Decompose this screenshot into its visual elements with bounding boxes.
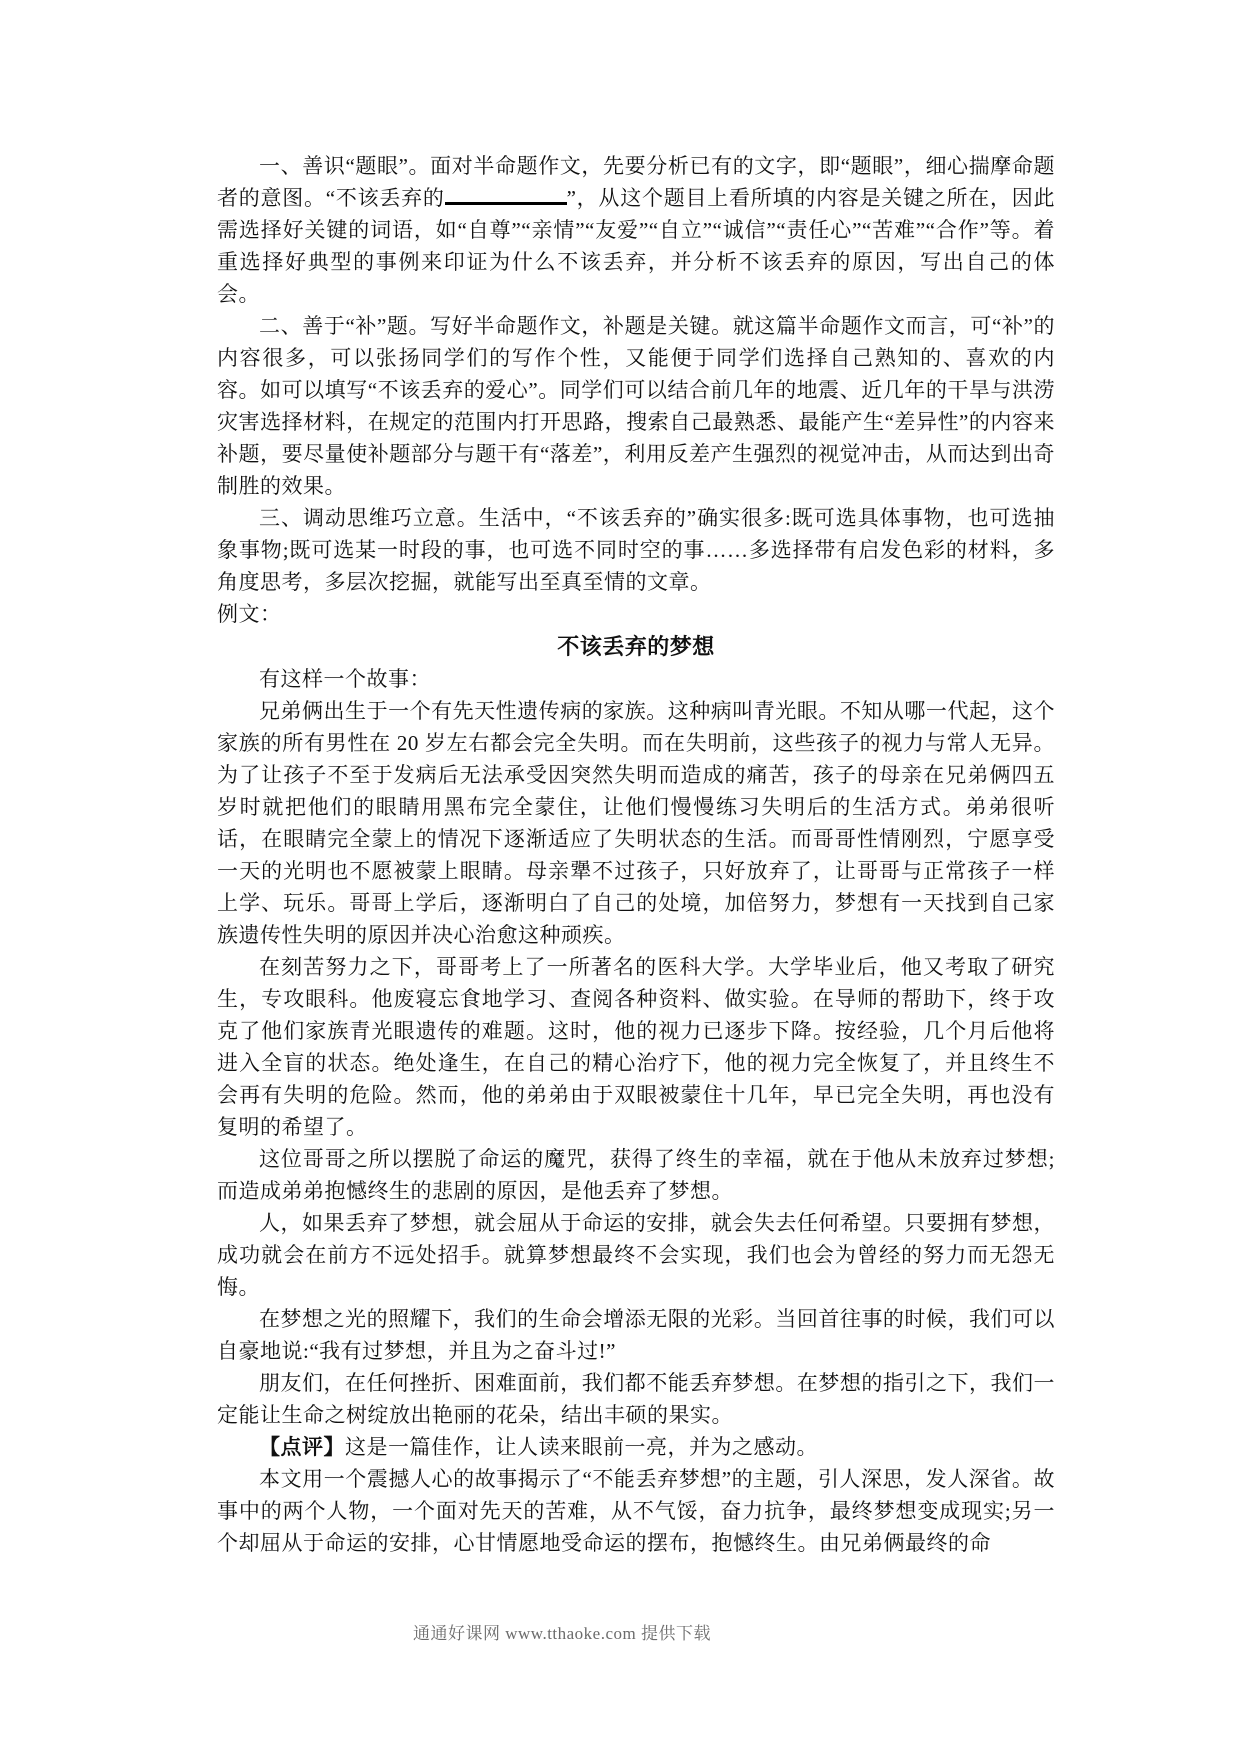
essay-paragraph-4: 人，如果丢弃了梦想，就会屈从于命运的安排，就会失去任何希望。只要拥有梦想，成功就… xyxy=(217,1207,1055,1303)
comment-paragraph: 【点评】这是一篇佳作，让人读来眼前一亮，并为之感动。 xyxy=(217,1431,1055,1463)
footer-text: 通通好课网 www.tthaoke.com 提供下载 xyxy=(413,1624,711,1643)
comment-body: 本文用一个震撼人心的故事揭示了“不能丢弃梦想”的主题，引人深思，发人深省。故事中… xyxy=(217,1463,1055,1559)
essay-paragraph-6: 朋友们，在任何挫折、困难面前，我们都不能丢弃梦想。在梦想的指引之下，我们一定能让… xyxy=(217,1367,1055,1431)
essay-paragraph-1: 兄弟俩出生于一个有先天性遗传病的家族。这种病叫青光眼。不知从哪一代起，这个家族的… xyxy=(217,695,1055,951)
fill-in-blank-line xyxy=(445,183,567,205)
essay-paragraph-2: 在刻苦努力之下，哥哥考上了一所著名的医科大学。大学毕业后，他又考取了研究生，专攻… xyxy=(217,951,1055,1143)
document-body: 一、善识“题眼”。面对半命题作文，先要分析已有的文字，即“题眼”，细心揣摩命题者… xyxy=(217,150,1055,1559)
example-label: 例文： xyxy=(217,598,1055,630)
essay-paragraph-3: 这位哥哥之所以摆脱了命运的魔咒，获得了终生的幸福，就在于他从未放弃过梦想;而造成… xyxy=(217,1143,1055,1207)
paragraph-tip-1: 一、善识“题眼”。面对半命题作文，先要分析已有的文字，即“题眼”，细心揣摩命题者… xyxy=(217,150,1055,310)
page-footer: 通通好课网 www.tthaoke.com 提供下载 xyxy=(0,1622,1240,1646)
paragraph-tip-3: 三、调动思维巧立意。生活中，“不该丢弃的”确实很多:既可选具体事物，也可选抽象事… xyxy=(217,502,1055,598)
essay-intro: 有这样一个故事： xyxy=(217,663,1055,695)
paragraph-tip-2: 二、善于“补”题。写好半命题作文，补题是关键。就这篇半命题作文而言，可“补”的内… xyxy=(217,310,1055,502)
comment-label: 【点评】 xyxy=(259,1435,345,1459)
essay-paragraph-5: 在梦想之光的照耀下，我们的生命会增添无限的光彩。当回首往事的时候，我们可以自豪地… xyxy=(217,1303,1055,1367)
essay-title: 不该丢弃的梦想 xyxy=(217,630,1055,663)
comment-intro: 这是一篇佳作，让人读来眼前一亮，并为之感动。 xyxy=(345,1435,818,1459)
document-page: 一、善识“题眼”。面对半命题作文，先要分析已有的文字，即“题眼”，细心揣摩命题者… xyxy=(0,0,1240,1754)
